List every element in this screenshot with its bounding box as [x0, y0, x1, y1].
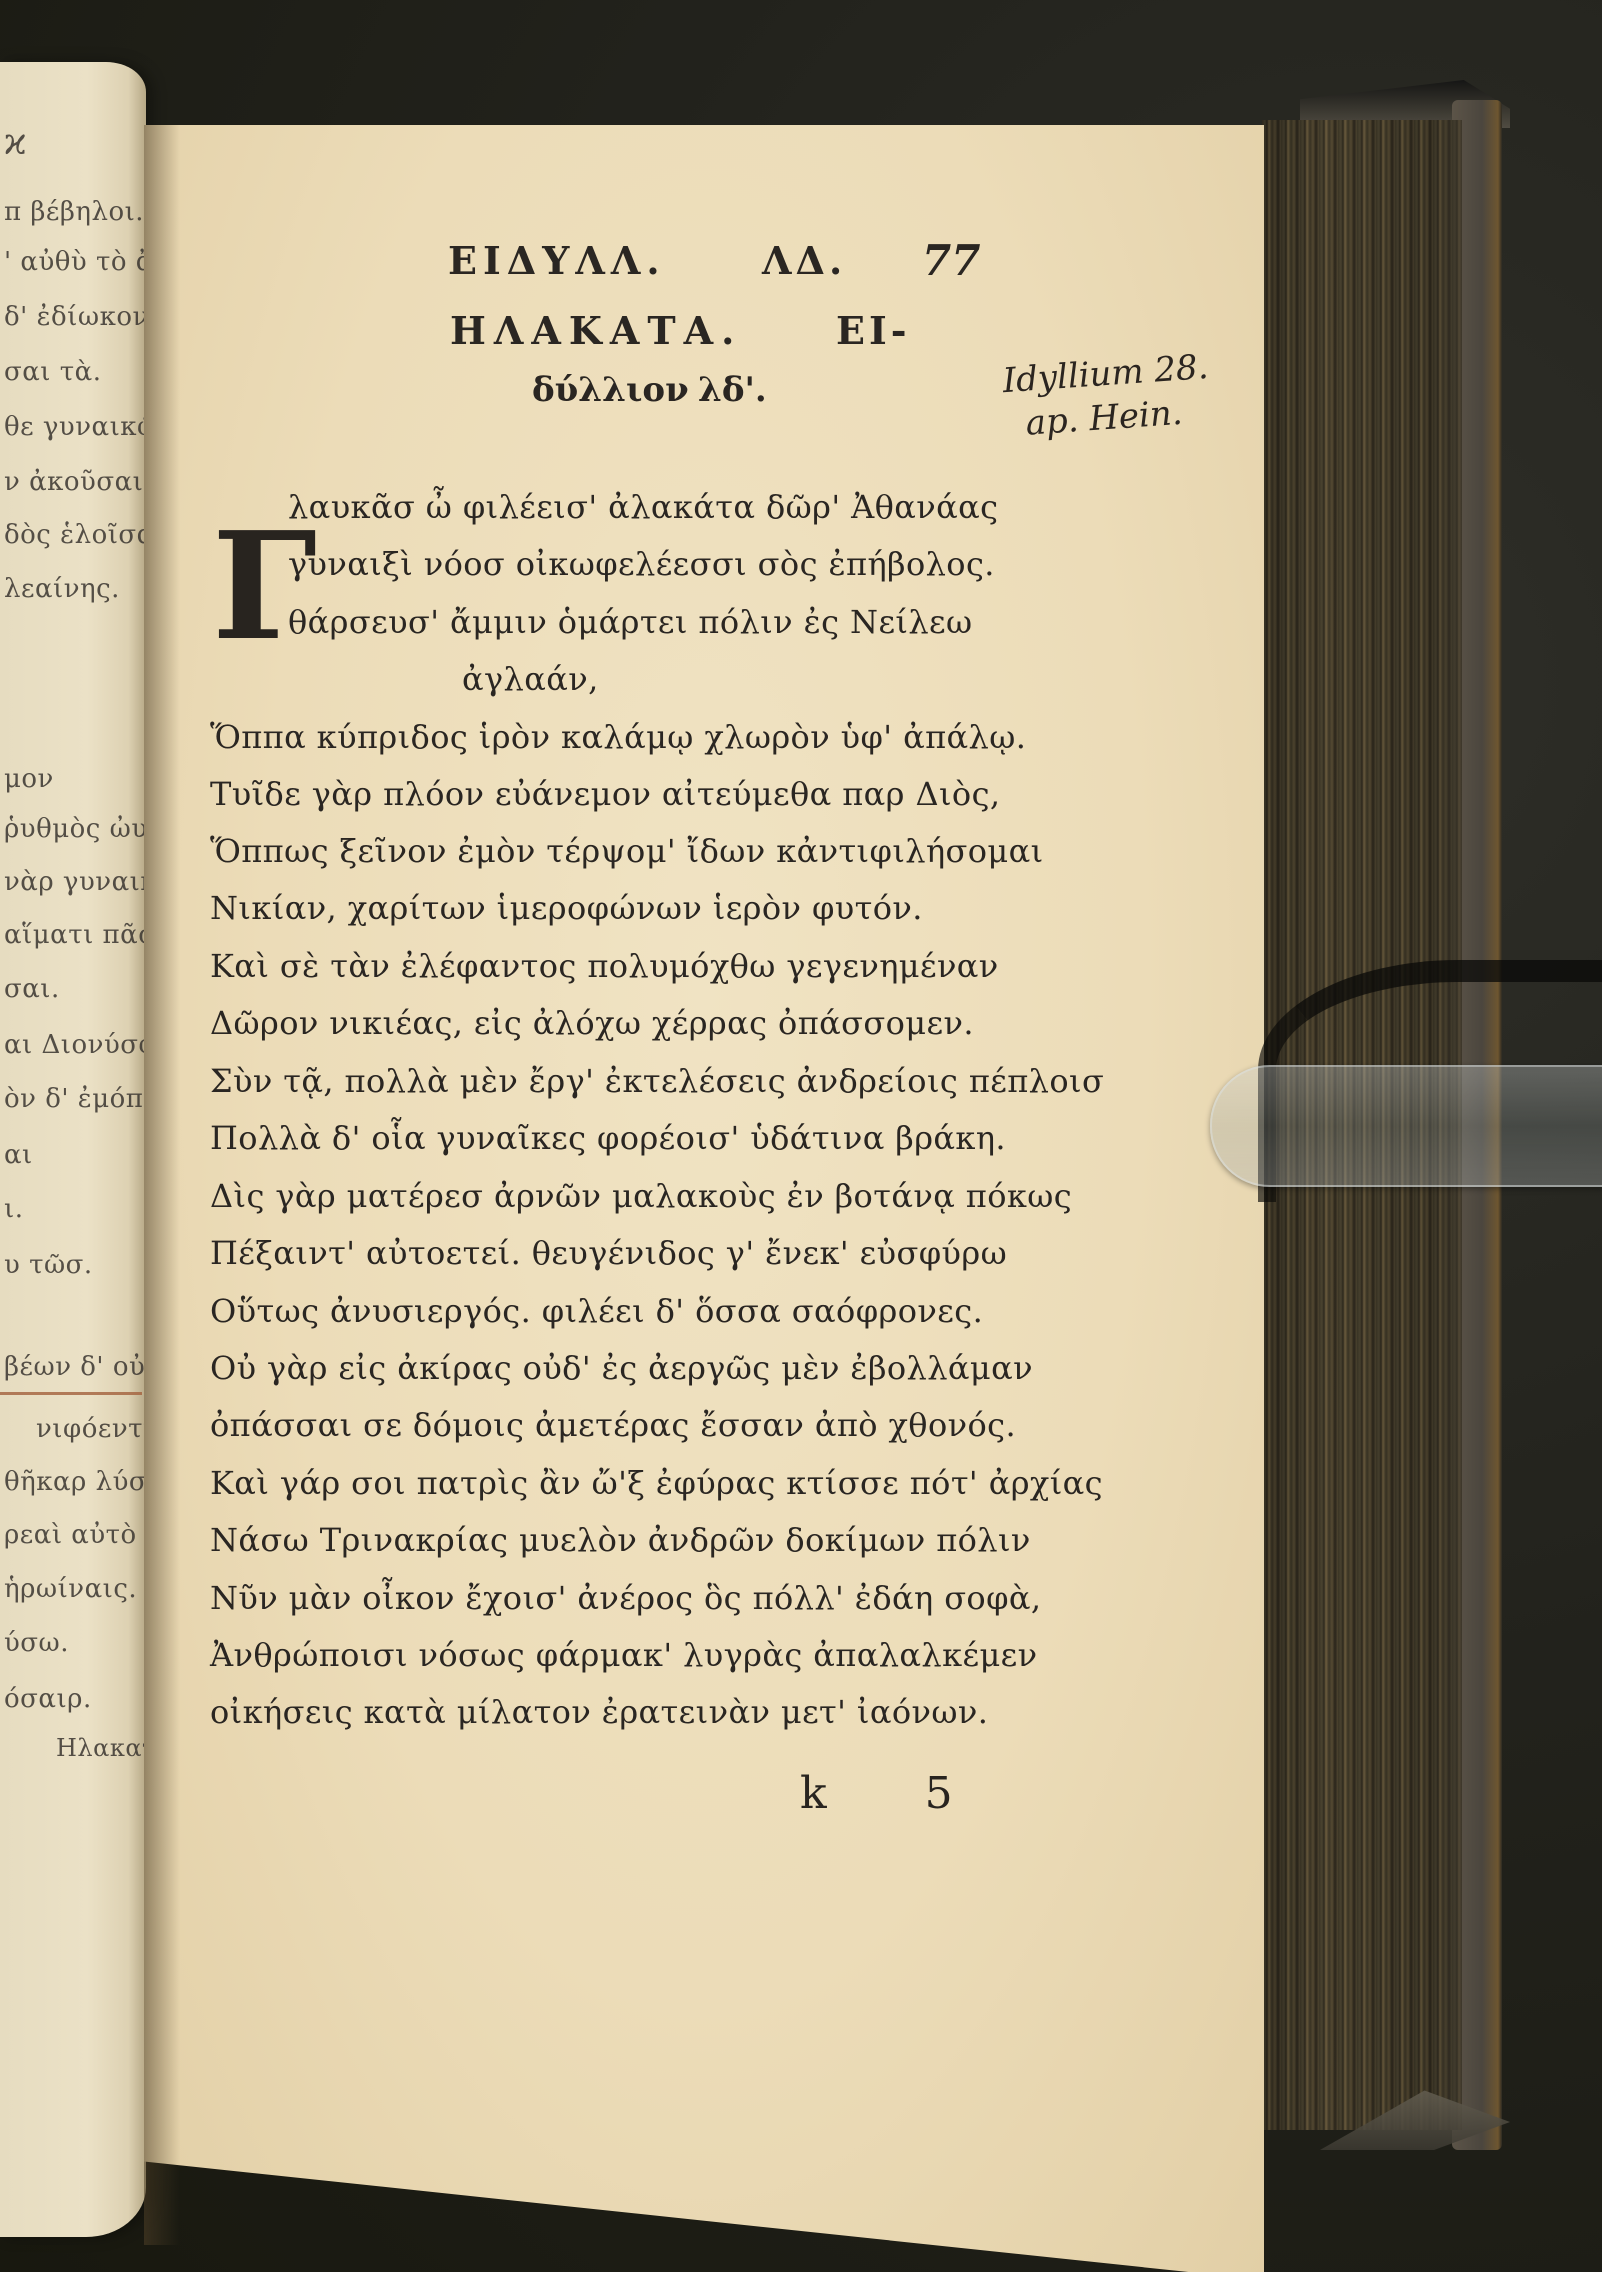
verse-line: Πολλὰ δ' οἷα γυναῖκες φορέοισ' ὑδάτινα β… — [210, 1119, 1006, 1157]
verso-line: ν ἀκοῦσαι. — [4, 467, 152, 497]
verso-line: ι. — [4, 1194, 23, 1224]
verso-line: ύσω. — [4, 1628, 69, 1658]
verse-line: Ἀνθρώποισι νόσως φάρμακ' λυγρὰς ἀπαλαλκέ… — [210, 1636, 1038, 1674]
verso-line: μον — [4, 764, 54, 794]
running-head-idyll-number: ΛΔ. — [762, 238, 846, 283]
verso-line: όσαιρ. — [4, 1684, 92, 1714]
verse-line: Οὐ γὰρ εἰς ἀκίρας οὐδ' ἐς ἀεργῶς μὲν ἐβο… — [210, 1349, 1033, 1387]
idyll-subtitle: δύλλιον — [532, 370, 689, 410]
idyll-title: ΗΛΑΚΑΤΑ. — [450, 308, 742, 353]
verse-line: Νικίαν, χαρίτων ἱμεροφώνων ἱερὸν φυτόν. — [210, 889, 923, 927]
verse-line: οἰκήσεις κατὰ μίλατον ἐρατεινὰν μετ' ἰαό… — [210, 1693, 988, 1731]
verse-line: Τυῖδε γὰρ πλόον εὐάνεμον αἰτεύμεθα παρ Δ… — [210, 775, 1000, 813]
verso-line: λεαίνης. — [4, 574, 120, 604]
verso-line: βέων δ' οὐ. — [4, 1352, 154, 1382]
verse-line: Οὕτως ἀνυσιεργός. φιλέει δ' ὅσσα σαόφρον… — [210, 1292, 983, 1330]
page-number: 77 — [922, 236, 980, 285]
idyll-title-suffix: ΕΙ- — [836, 308, 911, 353]
verso-line: ἡρωίναις. — [4, 1574, 137, 1604]
verso-line: ϰ — [4, 122, 27, 163]
plexiglass-page-holder — [1210, 1065, 1602, 1187]
verse-line: ἀγλαάν, — [462, 660, 599, 698]
handwritten-margin-note: Idyllium 28. ap. Hein. — [1001, 345, 1213, 447]
verso-line: δ' ἐδίωκον, — [4, 302, 158, 332]
verse-line: Ὅππως ξεῖνον ἐμὸν τέρψομ' ἴδων κἀντιφιλή… — [210, 832, 1044, 870]
verse-line: Σὺν τᾷ, πολλὰ μὲν ἔργ' ἐκτελέσεις ἀνδρεί… — [210, 1062, 1104, 1100]
verso-line: ρεαὶ αὐτὸ — [4, 1520, 137, 1550]
verse-line: θάρσευσ' ἄμμιν ὁμάρτει πόλιν ἐς Νείλεω — [288, 603, 973, 641]
gutter-shadow — [144, 125, 180, 2245]
verse-line: λαυκᾶσ ὦ φιλέεισ' ἀλακάτα δῶρ' Ἀθανάας — [288, 488, 999, 526]
verso-line: αι Διονύσῳ — [4, 1030, 160, 1060]
verse-line: Ὅππα κύπριδος ἱρὸν καλάμῳ χλωρὸν ὑφ' ἀπά… — [210, 718, 1026, 756]
verse-line: ὀπάσσαι σε δόμοις ἀμετέρας ἔσσαν ἀπὸ χθο… — [210, 1406, 1016, 1444]
verse-line: Νῦν μὰν οἶκον ἔχοισ' ἀνέρος ὃς πόλλ' ἐδά… — [210, 1579, 1042, 1617]
verse-line: Πέξαιντ' αὐτοετεί. θευγένιδος γ' ἔνεκ' ε… — [210, 1234, 1007, 1272]
verso-line: αι — [4, 1140, 33, 1170]
verso-line: σαι. — [4, 974, 60, 1004]
verse-line: γυναιξὶ νόοσ οἰκωφελέεσσι σὸς ἐπήβολος. — [288, 545, 995, 583]
verse-line: Νάσω Τρινακρίας μυελὸν ἀνδρῶν δοκίμων πό… — [210, 1521, 1031, 1559]
idyll-subtitle-number: λδ'. — [698, 370, 767, 410]
verse-line: Καὶ σὲ τὰν ἐλέφαντος πολυμόχθω γεγενημέν… — [210, 947, 999, 985]
verso-line: σαι τὰ. — [4, 357, 101, 387]
verso-page-fragment: ϰ π βέβηλοι. ' αὐθὺ τὸ ἄλλα δ' ἐδίωκον, … — [0, 62, 146, 2237]
verso-line: υ τῶσ. — [4, 1250, 93, 1280]
signature-mark: k 5 — [800, 1768, 995, 1819]
red-underline — [0, 1392, 142, 1395]
verse-line: Καὶ γάρ σοι πατρὶς ἂν ὤ'ξ ἐφύρας κτίσσε … — [210, 1464, 1103, 1502]
verse-line: Δὶς γὰρ ματέρεσ ἀρνῶν μαλακοὺς ἐν βοτάνᾳ… — [210, 1177, 1072, 1215]
verso-line: π βέβηλοι. — [4, 197, 144, 227]
running-head-title: ΕΙΔΥΛΛ. — [448, 238, 666, 283]
verso-line: δὸς ἑλοῖσα, — [4, 520, 163, 550]
verse-line: Δῶρον νικιέας, εἰς ἀλόχω χέρρας ὀπάσσομε… — [210, 1004, 974, 1042]
